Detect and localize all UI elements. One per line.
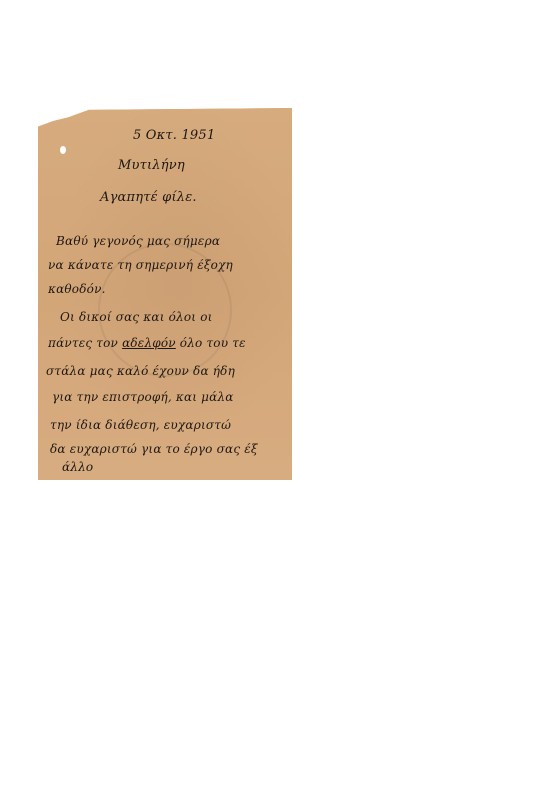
letter-line: Βαθύ γεγονός μας σήμερα xyxy=(56,234,220,248)
letter-line: δα ευχαριστώ για το έργο σας έξ xyxy=(50,442,258,456)
letter-place: Μυτιλήνη xyxy=(118,158,185,173)
paper-hole xyxy=(60,146,66,154)
letter-line: άλλο xyxy=(62,460,93,474)
underlined-word: αδελφόν xyxy=(122,336,176,350)
letter-paper: 5 Οκτ. 1951 Μυτιλήνη Αγαπητέ φίλε. Βαθύ … xyxy=(38,108,292,480)
letter-line: να κάνατε τη σημερινή έξοχη xyxy=(48,258,233,272)
letter-date: 5 Οκτ. 1951 xyxy=(133,128,215,143)
letter-salutation: Αγαπητέ φίλε. xyxy=(100,190,197,205)
letter-line: Οι δικοί σας και όλοι οι xyxy=(60,310,213,324)
letter-line: την ίδια διάθεση, ευχαριστώ xyxy=(50,418,231,432)
letter-line: για την επιστροφή, και μάλα xyxy=(52,390,234,404)
letter-line: πάντες τον αδελφόν όλο του τε xyxy=(48,336,246,350)
letter-line: καθοδόν. xyxy=(48,282,106,296)
letter-line: στάλα μας καλό έχουν δα ήδη xyxy=(46,364,235,378)
